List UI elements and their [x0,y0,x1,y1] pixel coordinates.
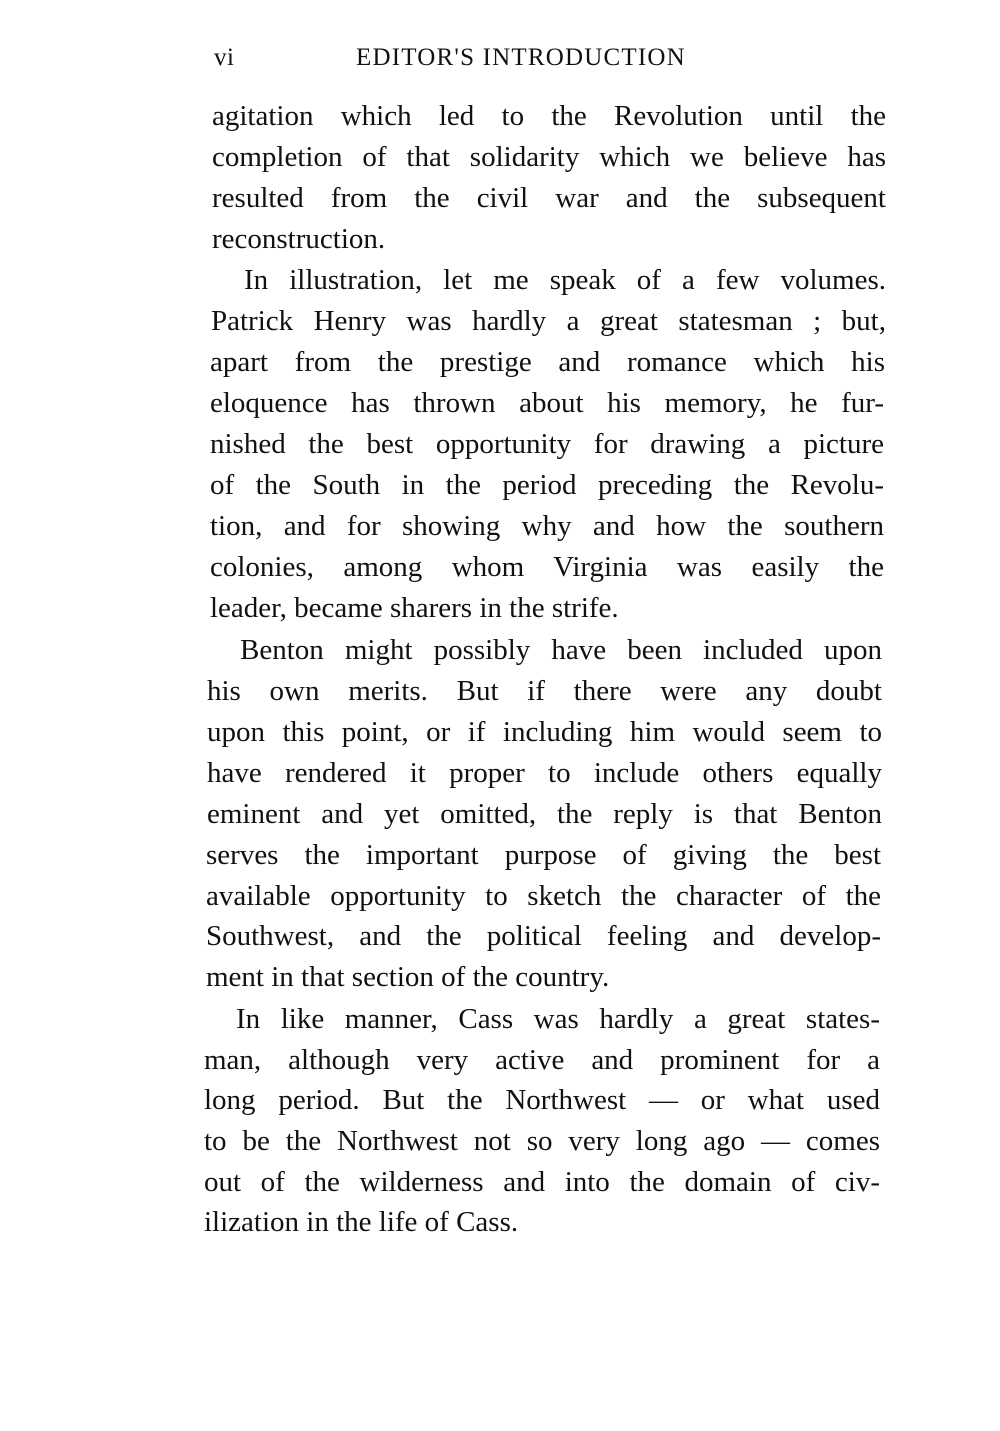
text-line: available opportunity to sketch the char… [206,878,881,914]
text-line: Benton might possibly have been included… [240,632,882,668]
text-line: Patrick Henry was hardly a great statesm… [211,303,886,339]
text-line: leader, became sharers in the strife. [210,590,884,626]
running-head: vi EDITOR'S INTRODUCTION [208,44,888,78]
text-line: of the South in the period preceding the… [210,467,884,503]
text-line: tion, and for showing why and how the so… [210,508,884,544]
running-title: EDITOR'S INTRODUCTION [356,44,686,72]
text-line: colonies, among whom Virginia was easily… [210,549,884,585]
text-line: ilization in the life of Cass. [204,1204,880,1240]
book-page: vi EDITOR'S INTRODUCTION agitation which… [0,0,1000,1431]
text-line: completion of that solidarity which we b… [212,139,886,175]
text-line: Southwest, and the political feeling and… [206,918,881,954]
text-line: his own merits. But if there were any do… [207,673,882,709]
text-line: serves the important purpose of giving t… [206,837,881,873]
text-line: long period. But the Northwest — or what… [204,1082,880,1118]
text-line: man, although very active and prominent … [204,1042,880,1078]
text-line: agitation which led to the Revolution un… [212,98,886,134]
text-line: ment in that section of the country. [206,959,881,995]
page-number: vi [214,44,234,72]
text-line: In illustration, let me speak of a few v… [244,262,886,298]
text-line: resulted from the civil war and the subs… [212,180,886,216]
text-line: have rendered it proper to include other… [207,755,882,791]
text-line: eloquence has thrown about his memory, h… [210,385,884,421]
text-line: nished the best opportunity for drawing … [210,426,884,462]
text-line: reconstruction. [212,221,886,257]
text-line: eminent and yet omitted, the reply is th… [207,796,882,832]
text-line: In like manner, Cass was hardly a great … [236,1001,880,1037]
text-line: to be the Northwest not so very long ago… [204,1123,880,1159]
text-line: out of the wilderness and into the domai… [204,1164,880,1200]
text-line: apart from the prestige and romance whic… [210,344,885,380]
text-line: upon this point, or if including him wou… [207,714,882,750]
